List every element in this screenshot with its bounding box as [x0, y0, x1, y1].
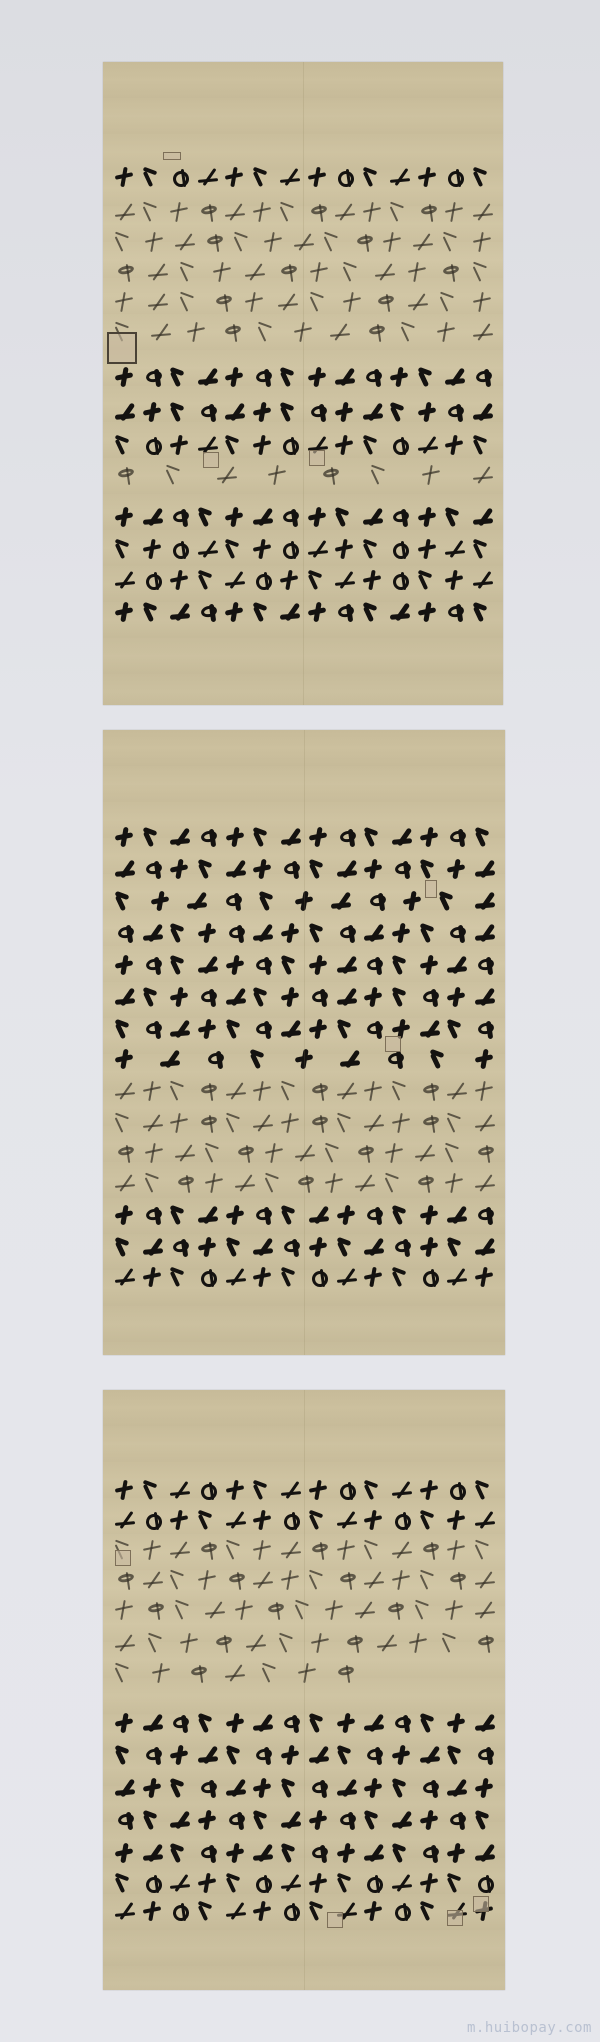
- seal-mark: [473, 1896, 489, 1912]
- text-line: [113, 1658, 355, 1688]
- watermark: m.huibopay.com: [467, 2020, 592, 2036]
- text-line: [113, 197, 493, 227]
- seal-mark: [447, 1910, 463, 1926]
- calligraphy-panel-2: [103, 730, 505, 1355]
- text-line: [113, 597, 493, 627]
- text-line: [113, 1740, 495, 1770]
- text-line: [113, 317, 493, 347]
- calligraphy-panel-1: [103, 62, 503, 705]
- text-line: [113, 460, 493, 490]
- text-line: [113, 1232, 495, 1262]
- text-line: [113, 1014, 495, 1044]
- text-line: [113, 1595, 495, 1625]
- text-line: [113, 1838, 495, 1868]
- text-line: [113, 1565, 495, 1595]
- text-line: [113, 430, 493, 460]
- calligraphy-panel-3: [103, 1390, 505, 1990]
- text-line: [113, 162, 493, 192]
- text-line: [113, 1076, 495, 1106]
- text-line: [113, 257, 493, 287]
- text-line: [113, 1044, 495, 1074]
- text-line: [113, 1773, 495, 1803]
- text-line: [113, 502, 493, 532]
- seal-mark: [163, 152, 181, 160]
- text-line: [113, 1868, 495, 1898]
- text-line: [113, 1168, 495, 1198]
- seal-mark: [385, 1036, 401, 1052]
- text-line: [113, 1535, 495, 1565]
- text-line: [113, 565, 493, 595]
- text-line: [113, 534, 493, 564]
- text-line: [113, 950, 495, 980]
- text-line: [113, 918, 495, 948]
- text-line: [113, 1138, 495, 1168]
- text-line: [113, 822, 495, 852]
- seal-mark: [203, 452, 219, 468]
- text-line: [113, 1896, 495, 1926]
- text-line: [113, 982, 495, 1012]
- seal-mark: [309, 450, 325, 466]
- text-line: [113, 1708, 495, 1738]
- text-line: [113, 1805, 495, 1835]
- text-line: [113, 1262, 495, 1292]
- text-line: [113, 287, 493, 317]
- text-line: [113, 397, 493, 427]
- text-line: [113, 854, 495, 884]
- text-line: [113, 1200, 495, 1230]
- text-line: [113, 886, 495, 916]
- seal-mark: [115, 1550, 131, 1566]
- seal-mark: [327, 1912, 343, 1928]
- text-line: [113, 1628, 495, 1658]
- text-line: [113, 362, 493, 392]
- text-line: [113, 1505, 495, 1535]
- seal-mark: [425, 880, 437, 898]
- seal-stamp: [107, 332, 137, 364]
- text-line: [113, 227, 493, 257]
- text-line: [113, 1475, 495, 1505]
- text-line: [113, 1108, 495, 1138]
